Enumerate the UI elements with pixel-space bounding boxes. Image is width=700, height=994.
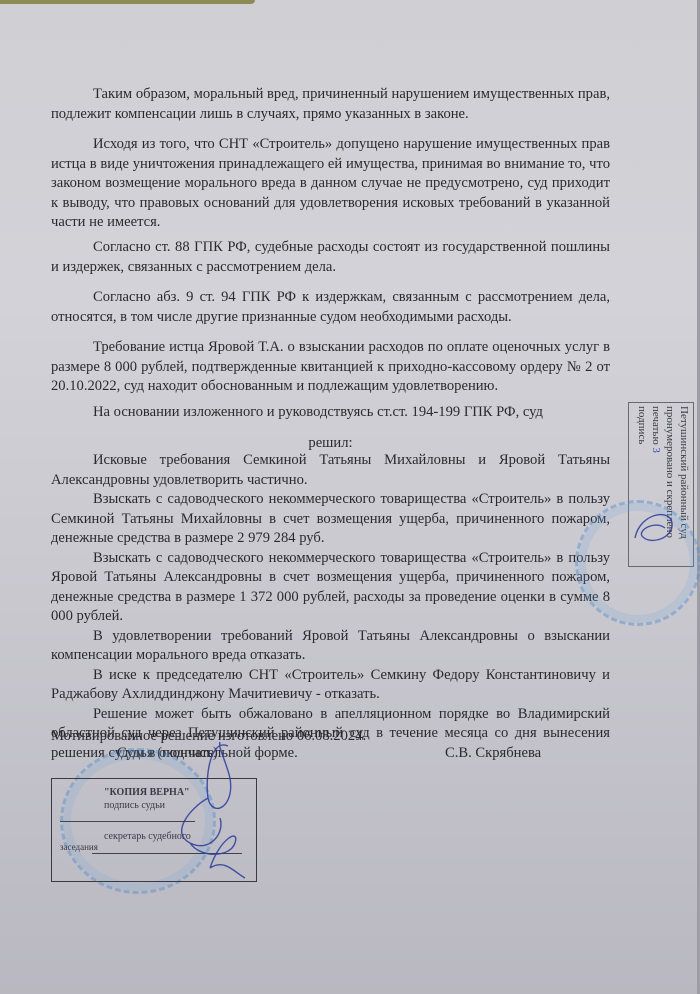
paragraph-text: На основании изложенного и руководствуяс… bbox=[51, 403, 610, 423]
decision-block: Исковые требования Семкиной Татьяны Миха… bbox=[51, 451, 610, 763]
paragraph-text: Согласно абз. 9 ст. 94 ГПК РФ к издержка… bbox=[51, 288, 610, 327]
paragraph-text: Требование истца Яровой Т.А. о взыскании… bbox=[51, 338, 610, 397]
paragraph-art-94: Согласно абз. 9 ст. 94 ГПК РФ к издержка… bbox=[51, 288, 610, 327]
round-seal-right bbox=[575, 500, 700, 626]
signature-line bbox=[92, 853, 242, 854]
copy-stamp-secretary: секретарь судебного bbox=[104, 831, 191, 842]
paragraph-moral-harm: Таким образом, моральный вред, причиненн… bbox=[51, 85, 610, 124]
decision-item: В иске к председателю СНТ «Строитель» Се… bbox=[51, 666, 610, 705]
paragraph-text: Исходя из того, что СНТ «Строитель» допу… bbox=[51, 135, 610, 233]
copy-stamp-session: заседания bbox=[60, 842, 98, 852]
judge-name-text: С.В. Скрябнева bbox=[445, 744, 595, 764]
signature-line bbox=[60, 821, 195, 822]
copy-verified-stamp: "КОПИЯ ВЕРНА" подпись судьи секретарь су… bbox=[51, 778, 257, 882]
decision-item: Исковые требования Семкиной Татьяны Миха… bbox=[51, 451, 610, 490]
decision-item: В удовлетворении требований Яровой Татья… bbox=[51, 627, 610, 666]
paragraph-text: Таким образом, моральный вред, причиненн… bbox=[51, 85, 610, 124]
decision-item: Взыскать с садоводческого некоммерческог… bbox=[51, 490, 610, 549]
copy-stamp-judge-sign: подпись судьи bbox=[104, 800, 165, 811]
paragraph-reasoning: Исходя из того, что СНТ «Строитель» допу… bbox=[51, 135, 610, 233]
copy-stamp-title: "КОПИЯ ВЕРНА" bbox=[104, 787, 190, 798]
paragraph-basis: На основании изложенного и руководствуяс… bbox=[51, 403, 610, 423]
paragraph-text: Согласно ст. 88 ГПК РФ, судебные расходы… bbox=[51, 238, 610, 277]
background-edge bbox=[0, 0, 255, 4]
paragraph-art-88: Согласно ст. 88 ГПК РФ, судебные расходы… bbox=[51, 238, 610, 277]
decision-item: Взыскать с садоводческого некоммерческог… bbox=[51, 549, 610, 627]
paragraph-expenses: Требование истца Яровой Т.А. о взыскании… bbox=[51, 338, 610, 397]
judge-name: С.В. Скрябнева bbox=[445, 744, 595, 764]
